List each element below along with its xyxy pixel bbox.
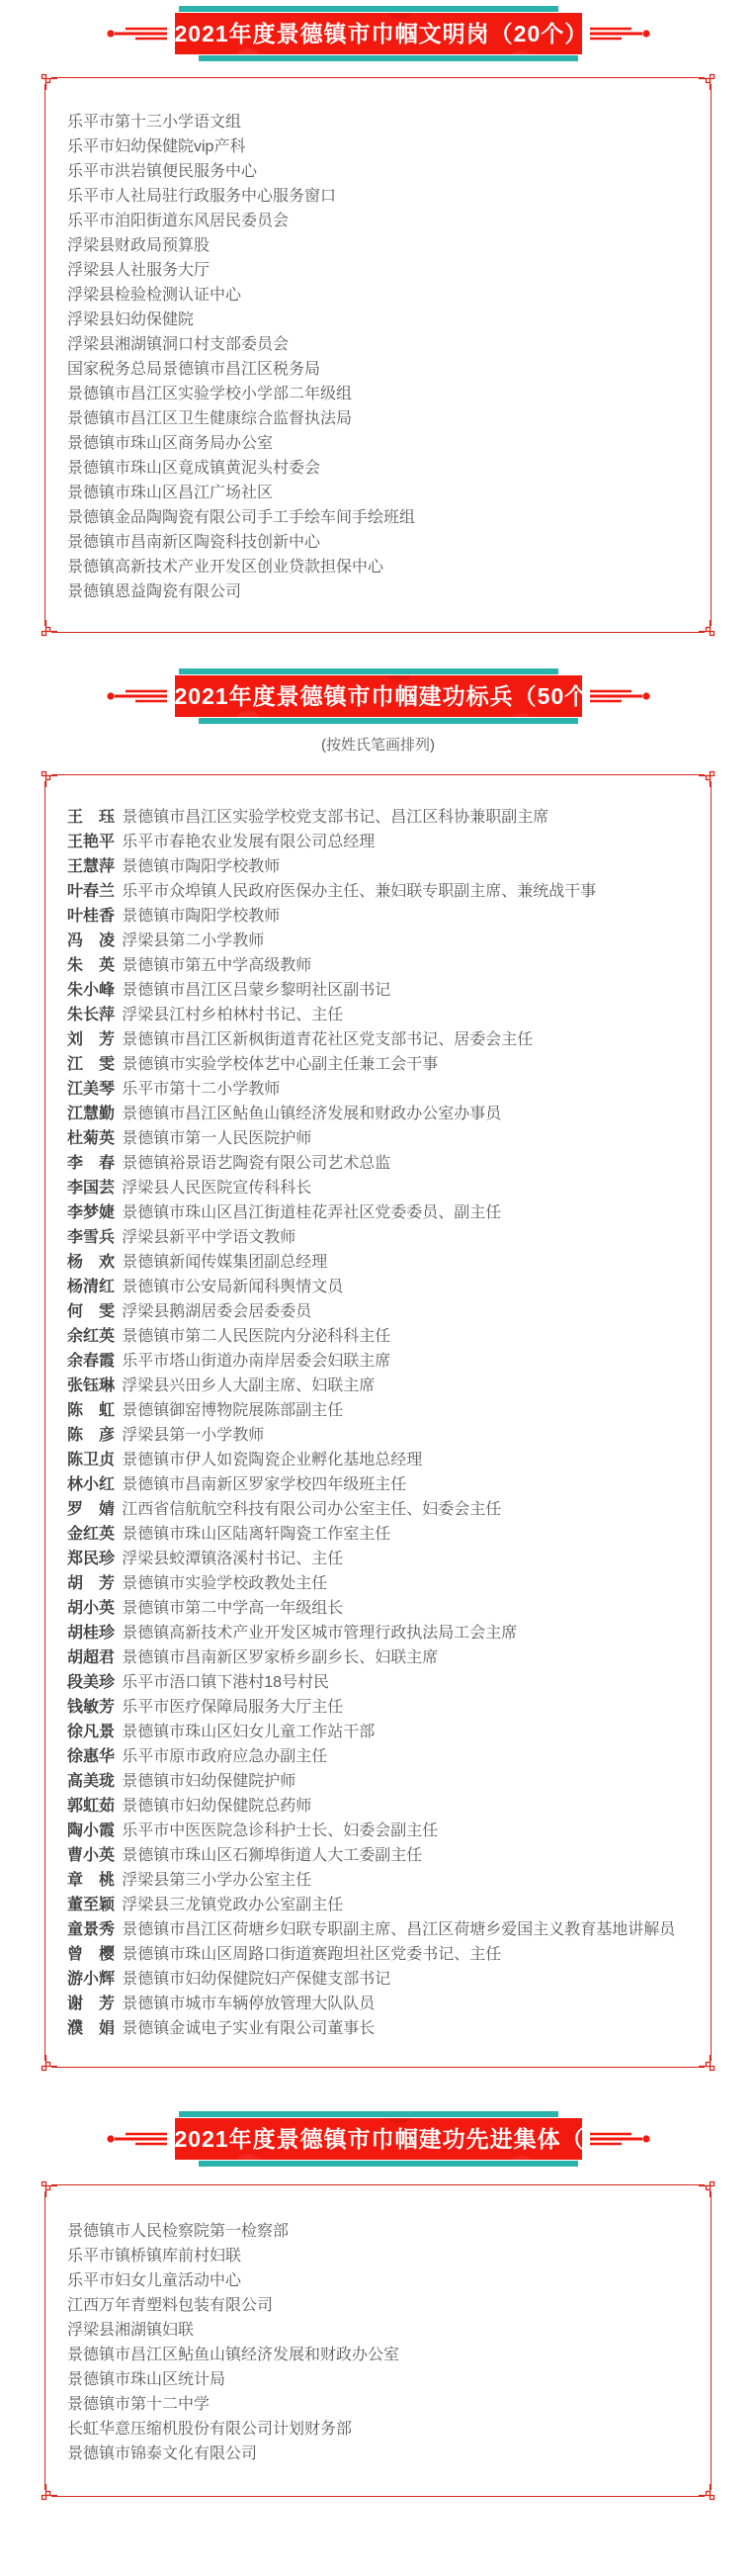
award-list-item: 景德镇市珠山区统计局 [51,2367,705,2392]
awardee-row: 江 雯景德镇市实验学校体艺中心副主任兼工会干事 [51,1052,705,1077]
awardee-row: 陈 虹景德镇御窑博物院展陈部副主任 [51,1398,705,1423]
awardee-title: 浮梁县兴田乡人大副主席、妇联主席 [122,1377,375,1394]
awardee-name: 谢 芳 [67,1996,115,2012]
awardee-name: 王艳平 [67,834,115,850]
banner-top-stripe [179,2111,558,2117]
awardee-title: 景德镇市昌江区新枫街道青花社区党支部书记、居委会主任 [122,1031,533,1048]
section-advanced-collectives: 2021年度景德镇市巾帼建功先进集体（10个） 景德镇市人民检察院第一检察部乐平… [0,2111,756,2497]
awardee-name: 杨清红 [67,1279,115,1295]
awardee-title: 景德镇市陶阳学校教师 [122,908,280,925]
awardee-name: 高美珑 [67,1773,115,1790]
awardee-title: 景德镇市昌江区鲇鱼山镇经济发展和财政办公室办事员 [122,1106,501,1122]
awardee-title: 景德镇金诚电子实业有限公司董事长 [122,2020,375,2037]
awardee-title: 景德镇市第二人民医院内分泌科科主任 [122,1328,390,1345]
awardee-row: 叶桂香景德镇市陶阳学校教师 [51,904,705,929]
section-merit-pacesetters: 2021年度景德镇市巾帼建功标兵（50个） (按姓氏笔画排列) 王 珏景德镇市昌… [0,668,756,2068]
awardee-row: 王慧萍景德镇市陶阳学校教师 [51,854,705,879]
awardee-title: 景德镇高新技术产业开发区城市管理行政执法局工会主席 [122,1625,517,1642]
awardee-name: 段美珍 [67,1674,115,1691]
awardee-title: 乐平市浯口镇下港村18号村民 [122,1674,329,1691]
award-list-3: 景德镇市人民检察院第一检察部乐平市镇桥镇库前村妇联乐平市妇女儿童活动中心江西万年… [45,2185,711,2496]
award-list-item: 乐平市镇桥镇库前村妇联 [51,2244,705,2268]
awardee-row: 陈 彦浮梁县第一小学教师 [51,1423,705,1448]
awardee-row: 叶春兰乐平市众埠镇人民政府医保办主任、兼妇联专职副主席、兼统战干事 [51,879,705,904]
awardee-title: 景德镇市昌南新区罗家学校四年级班主任 [122,1476,406,1493]
corner-flourish-icon [699,72,716,90]
awardee-title: 浮梁县第二小学教师 [122,933,264,949]
awardee-title: 景德镇市城市车辆停放管理大队队员 [122,1996,375,2012]
banner-title: 2021年度景德镇市巾帼文明岗（20个） [175,13,582,54]
banner-title: 2021年度景德镇市巾帼建功先进集体（10个） [175,2118,582,2160]
awardee-name: 陈卫贞 [67,1452,115,1468]
corner-flourish-icon [699,2179,716,2197]
banner-dash-right-icon [590,22,653,45]
award-list-item: 景德镇恩益陶瓷有限公司 [51,579,705,604]
awardee-name: 朱 英 [67,957,115,974]
awardee-title: 景德镇市第一人民医院护师 [122,1130,311,1147]
awardee-name: 刘 芳 [67,1031,115,1048]
banner-bottom-stripe [199,718,578,724]
awardee-name: 江美琴 [67,1081,115,1098]
awardee-row: 朱小峰景德镇市昌江区吕蒙乡黎明社区副书记 [51,978,705,1003]
award-list-item: 乐平市洪岩镇便民服务中心 [51,159,705,184]
awardee-row: 胡 芳景德镇市实验学校政教处主任 [51,1571,705,1596]
awardee-row: 张钰琳浮梁县兴田乡人大副主席、妇联主席 [51,1374,705,1398]
award-list-item: 乐平市妇女儿童活动中心 [51,2268,705,2293]
awardee-row: 曾 樱景德镇市珠山区周路口街道赛跑坦社区党委书记、主任 [51,1942,705,1967]
awardee-row: 杨 欢景德镇新闻传媒集团副总经理 [51,1250,705,1275]
awardee-title: 景德镇裕景语艺陶瓷有限公司艺术总监 [122,1155,390,1172]
awardee-name: 胡超君 [67,1649,115,1666]
awardee-name: 叶春兰 [67,883,115,900]
corner-flourish-icon [40,2055,57,2073]
awardee-title: 景德镇市妇幼保健院护师 [122,1773,295,1790]
awardee-title: 乐平市中医医院急诊科护士长、妇委会副主任 [122,1822,438,1839]
awardee-title: 景德镇市实验学校体艺中心副主任兼工会干事 [122,1056,438,1073]
awardee-name: 曾 樱 [67,1946,115,1963]
awardee-title: 江西省信航航空科技有限公司办公室主任、妇委会主任 [122,1501,501,1518]
corner-flourish-icon [699,2055,716,2073]
awardee-title: 景德镇市珠山区昌江街道桂花弄社区党委委员、副主任 [122,1204,501,1221]
award-list-item: 景德镇市锦泰文化有限公司 [51,2442,705,2466]
corner-flourish-icon [699,769,716,787]
awardee-title: 景德镇市珠山区陆离轩陶瓷工作室主任 [122,1526,390,1543]
awardee-row: 濮 娟景德镇金诚电子实业有限公司董事长 [51,2016,705,2041]
awardee-row: 杨清红景德镇市公安局新闻科舆情文员 [51,1275,705,1299]
awardee-name: 杨 欢 [67,1254,115,1271]
awardee-name: 李 春 [67,1155,115,1172]
awardee-row: 章 桃浮梁县第三小学办公室主任 [51,1868,705,1893]
banner-advanced-collectives: 2021年度景德镇市巾帼建功先进集体（10个） [0,2111,756,2167]
awardee-title: 浮梁县人民医院宣传科科长 [122,1180,311,1197]
awardee-row: 钱敏芳乐平市医疗保障局服务大厅主任 [51,1695,705,1720]
awardee-name: 李雪兵 [67,1229,115,1246]
awardee-row: 王艳平乐平市春艳农业发展有限公司总经理 [51,830,705,854]
awardee-name: 朱小峰 [67,982,115,999]
award-list-item: 乐平市人社局驻行政服务中心服务窗口 [51,184,705,209]
award-list-2: 王 珏景德镇市昌江区实验学校党支部书记、昌江区科协兼职副主席王艳平乐平市春艳农业… [45,775,711,2067]
awardee-row: 朱 英景德镇市第五中学高级教师 [51,953,705,978]
award-list-item: 景德镇市昌江区实验学校小学部二年级组 [51,382,705,406]
banner-merit-pacesetters: 2021年度景德镇市巾帼建功标兵（50个） [0,668,756,724]
awardee-row: 何 雯浮梁县鹅湖居委会居委委员 [51,1299,705,1324]
awardee-row: 李国芸浮梁县人民医院宣传科科长 [51,1176,705,1200]
awardee-row: 江慧勤景德镇市昌江区鲇鱼山镇经济发展和财政办公室办事员 [51,1102,705,1126]
award-list-item: 乐平市洎阳街道东风居民委员会 [51,209,705,233]
awardee-title: 浮梁县第三小学办公室主任 [122,1872,311,1889]
awardee-title: 景德镇市珠山区周路口街道赛跑坦社区党委书记、主任 [122,1946,501,1963]
awardee-row: 余春霞乐平市塔山街道办南岸居委会妇联主席 [51,1349,705,1374]
awardee-name: 徐凡景 [67,1724,115,1740]
awardee-title: 浮梁县蛟潭镇洛溪村书记、主任 [122,1551,343,1567]
corner-flourish-icon [699,620,716,638]
awardee-title: 浮梁县第一小学教师 [122,1427,264,1444]
awardee-name: 游小辉 [67,1971,115,1988]
award-list-item: 乐平市第十三小学语文组 [51,110,705,134]
award-list-1: 乐平市第十三小学语文组乐平市妇幼保健院vip产科乐平市洪岩镇便民服务中心乐平市人… [45,78,711,632]
awardee-row: 金红英景德镇市珠山区陆离轩陶瓷工作室主任 [51,1522,705,1547]
awardee-name: 郭虹茹 [67,1798,115,1815]
awardee-row: 游小辉景德镇市妇幼保健院妇产保健支部书记 [51,1967,705,1992]
awardee-name: 王 珏 [67,809,115,826]
awardee-row: 罗 婧江西省信航航空科技有限公司办公室主任、妇委会主任 [51,1497,705,1522]
banner-dash-right-icon [590,2127,653,2151]
awardee-name: 杜菊英 [67,1130,115,1147]
awardee-name: 叶桂香 [67,908,115,925]
awardee-name: 何 雯 [67,1303,115,1320]
awardee-row: 刘 芳景德镇市昌江区新枫街道青花社区党支部书记、居委会主任 [51,1027,705,1052]
awardee-name: 陈 虹 [67,1402,115,1419]
awardee-row: 童景秀景德镇市昌江区荷塘乡妇联专职副主席、昌江区荷塘乡爱国主义教育基地讲解员 [51,1917,705,1942]
awardee-name: 王慧萍 [67,858,115,875]
awardee-row: 江美琴乐平市第十二小学教师 [51,1077,705,1102]
awardee-title: 景德镇市第二中学高一年级组长 [122,1600,343,1617]
sort-order-note: (按姓氏笔画排列) [0,736,756,755]
awardee-name: 李梦婕 [67,1204,115,1221]
awardee-title: 浮梁县鹅湖居委会居委委员 [122,1303,311,1320]
awardee-name: 钱敏芳 [67,1699,115,1716]
awardee-row: 郑民珍浮梁县蛟潭镇洛溪村书记、主任 [51,1547,705,1571]
corner-flourish-icon [40,2179,57,2197]
awardee-title: 浮梁县三龙镇党政办公室副主任 [122,1897,343,1913]
award-list-box-3: 景德镇市人民检察院第一检察部乐平市镇桥镇库前村妇联乐平市妇女儿童活动中心江西万年… [44,2184,712,2497]
award-list-box-2: 王 珏景德镇市昌江区实验学校党支部书记、昌江区科协兼职副主席王艳平乐平市春艳农业… [44,774,712,2068]
award-list-item: 浮梁县财政局预算股 [51,233,705,258]
awardee-row: 胡桂珍景德镇高新技术产业开发区城市管理行政执法局工会主席 [51,1621,705,1645]
awardee-name: 冯 凌 [67,933,115,949]
award-list-item: 浮梁县湘湖镇妇联 [51,2318,705,2343]
award-list-item: 景德镇高新技术产业开发区创业贷款担保中心 [51,555,705,579]
awardee-name: 江慧勤 [67,1106,115,1122]
awardee-row: 李梦婕景德镇市珠山区昌江街道桂花弄社区党委委员、副主任 [51,1200,705,1225]
awardee-name: 曹小英 [67,1847,115,1864]
awardee-name: 徐惠华 [67,1748,115,1765]
awardee-title: 浮梁县新平中学语文教师 [122,1229,295,1246]
awardee-title: 乐平市众埠镇人民政府医保办主任、兼妇联专职副主席、兼统战干事 [122,883,596,900]
awardee-title: 乐平市春艳农业发展有限公司总经理 [122,834,375,850]
awardee-name: 濮 娟 [67,2020,115,2037]
awardee-title: 景德镇市珠山区妇女儿童工作站干部 [122,1724,375,1740]
award-list-item: 景德镇市珠山区昌江广场社区 [51,481,705,505]
award-list-item: 景德镇市昌江区鲇鱼山镇经济发展和财政办公室 [51,2343,705,2367]
awardee-title: 乐平市原市政府应急办副主任 [122,1748,327,1765]
banner-dash-right-icon [590,684,653,708]
awardee-row: 段美珍乐平市浯口镇下港村18号村民 [51,1670,705,1695]
awardee-name: 董至颖 [67,1897,115,1913]
awardee-row: 徐惠华乐平市原市政府应急办副主任 [51,1744,705,1769]
banner-bottom-stripe [199,2161,578,2167]
awardee-name: 胡小英 [67,1600,115,1617]
awardee-row: 郭虹茹景德镇市妇幼保健院总药师 [51,1794,705,1819]
section-civilized-posts: 2021年度景德镇市巾帼文明岗（20个） 乐平市第十三小学语文组乐平市妇幼保健院… [0,6,756,633]
awardee-row: 陶小霞乐平市中医医院急诊科护士长、妇委会副主任 [51,1819,705,1843]
awardee-name: 郑民珍 [67,1551,115,1567]
awardee-row: 董至颖浮梁县三龙镇党政办公室副主任 [51,1893,705,1917]
awardee-title: 浮梁县江村乡柏林村书记、主任 [122,1007,343,1023]
awardee-name: 朱长萍 [67,1007,115,1023]
awardee-title: 景德镇市昌江区实验学校党支部书记、昌江区科协兼职副主席 [122,809,548,826]
awardee-title: 景德镇市实验学校政教处主任 [122,1575,327,1592]
awardee-title: 景德镇市妇幼保健院妇产保健支部书记 [122,1971,390,1988]
awardee-row: 冯 凌浮梁县第二小学教师 [51,929,705,953]
awardee-row: 胡小英景德镇市第二中学高一年级组长 [51,1596,705,1621]
awardee-name: 余红英 [67,1328,115,1345]
awardee-title: 景德镇御窑博物院展陈部副主任 [122,1402,343,1419]
awardee-row: 李 春景德镇裕景语艺陶瓷有限公司艺术总监 [51,1151,705,1176]
award-list-item: 乐平市妇幼保健院vip产科 [51,134,705,159]
award-list-item: 长虹华意压缩机股份有限公司计划财务部 [51,2417,705,2442]
awardee-name: 林小红 [67,1476,115,1493]
banner-body: 2021年度景德镇市巾帼文明岗（20个） [175,6,582,61]
awardee-name: 江 雯 [67,1056,115,1073]
award-list-item: 景德镇市珠山区商务局办公室 [51,431,705,456]
corner-flourish-icon [699,2484,716,2502]
awardee-name: 罗 婧 [67,1501,115,1518]
award-list-item: 江西万年青塑料包装有限公司 [51,2293,705,2318]
award-list-box-1: 乐平市第十三小学语文组乐平市妇幼保健院vip产科乐平市洪岩镇便民服务中心乐平市人… [44,77,712,633]
award-list-item: 景德镇市人民检察院第一检察部 [51,2219,705,2244]
banner-body: 2021年度景德镇市巾帼建功先进集体（10个） [175,2111,582,2167]
awardee-row: 谢 芳景德镇市城市车辆停放管理大队队员 [51,1992,705,2016]
banner-title: 2021年度景德镇市巾帼建功标兵（50个） [175,675,582,717]
awardee-name: 童景秀 [67,1921,115,1938]
awardee-row: 杜菊英景德镇市第一人民医院护师 [51,1126,705,1151]
awardee-title: 乐平市塔山街道办南岸居委会妇联主席 [122,1353,390,1370]
banner-dash-left-icon [104,22,167,45]
awardee-row: 林小红景德镇市昌南新区罗家学校四年级班主任 [51,1472,705,1497]
awardee-row: 高美珑景德镇市妇幼保健院护师 [51,1769,705,1794]
awardee-title: 景德镇市昌南新区罗家桥乡副乡长、妇联主席 [122,1649,438,1666]
awardee-title: 乐平市医疗保障局服务大厅主任 [122,1699,343,1716]
announcement-page: 2021年度景德镇市巾帼文明岗（20个） 乐平市第十三小学语文组乐平市妇幼保健院… [0,0,756,2536]
award-list-item: 景德镇市第十二中学 [51,2392,705,2417]
banner-bottom-stripe [199,55,578,61]
award-list-item: 浮梁县人社服务大厅 [51,258,705,283]
awardee-row: 徐凡景景德镇市珠山区妇女儿童工作站干部 [51,1720,705,1744]
awardee-title: 景德镇市陶阳学校教师 [122,858,280,875]
awardee-row: 余红英景德镇市第二人民医院内分泌科科主任 [51,1324,705,1349]
awardee-row: 曹小英景德镇市珠山区石狮埠街道人大工委副主任 [51,1843,705,1868]
awardee-title: 景德镇市妇幼保健院总药师 [122,1798,311,1815]
award-list-item: 景德镇市昌江区卫生健康综合监督执法局 [51,406,705,431]
award-list-item: 景德镇金品陶陶瓷有限公司手工手绘车间手绘班组 [51,505,705,530]
banner-dash-left-icon [104,684,167,708]
banner-top-stripe [179,668,558,674]
awardee-row: 李雪兵浮梁县新平中学语文教师 [51,1225,705,1250]
awardee-row: 胡超君景德镇市昌南新区罗家桥乡副乡长、妇联主席 [51,1645,705,1670]
award-list-item: 浮梁县妇幼保健院 [51,308,705,332]
awardee-title: 景德镇市伊人如瓷陶瓷企业孵化基地总经理 [122,1452,422,1468]
awardee-title: 景德镇市珠山区石狮埠街道人大工委副主任 [122,1847,422,1864]
awardee-name: 余春霞 [67,1353,115,1370]
awardee-name: 李国芸 [67,1180,115,1197]
awardee-name: 胡桂珍 [67,1625,115,1642]
banner-dash-left-icon [104,2127,167,2151]
awardee-name: 章 桃 [67,1872,115,1889]
award-list-item: 浮梁县湘湖镇洞口村支部委员会 [51,332,705,357]
awardee-title: 景德镇新闻传媒集团副总经理 [122,1254,327,1271]
award-list-item: 景德镇市昌南新区陶瓷科技创新中心 [51,530,705,555]
awardee-row: 朱长萍浮梁县江村乡柏林村书记、主任 [51,1003,705,1027]
corner-flourish-icon [40,2484,57,2502]
awardee-name: 金红英 [67,1526,115,1543]
awardee-name: 胡 芳 [67,1575,115,1592]
award-list-item: 浮梁县检验检测认证中心 [51,283,705,308]
awardee-title: 景德镇市第五中学高级教师 [122,957,311,974]
award-list-item: 景德镇市珠山区竟成镇黄泥头村委会 [51,456,705,481]
awardee-title: 景德镇市公安局新闻科舆情文员 [122,1279,343,1295]
awardee-title: 景德镇市昌江区吕蒙乡黎明社区副书记 [122,982,390,999]
awardee-title: 景德镇市昌江区荷塘乡妇联专职副主席、昌江区荷塘乡爱国主义教育基地讲解员 [122,1921,675,1938]
corner-flourish-icon [40,769,57,787]
banner-body: 2021年度景德镇市巾帼建功标兵（50个） [175,668,582,724]
award-list-item: 国家税务总局景德镇市昌江区税务局 [51,357,705,382]
banner-civilized-posts: 2021年度景德镇市巾帼文明岗（20个） [0,6,756,61]
awardee-name: 陈 彦 [67,1427,115,1444]
awardee-row: 王 珏景德镇市昌江区实验学校党支部书记、昌江区科协兼职副主席 [51,805,705,830]
corner-flourish-icon [40,620,57,638]
corner-flourish-icon [40,72,57,90]
banner-top-stripe [179,6,558,12]
awardee-name: 陶小霞 [67,1822,115,1839]
awardee-name: 张钰琳 [67,1377,115,1394]
awardee-title: 乐平市第十二小学教师 [122,1081,280,1098]
awardee-row: 陈卫贞景德镇市伊人如瓷陶瓷企业孵化基地总经理 [51,1448,705,1472]
